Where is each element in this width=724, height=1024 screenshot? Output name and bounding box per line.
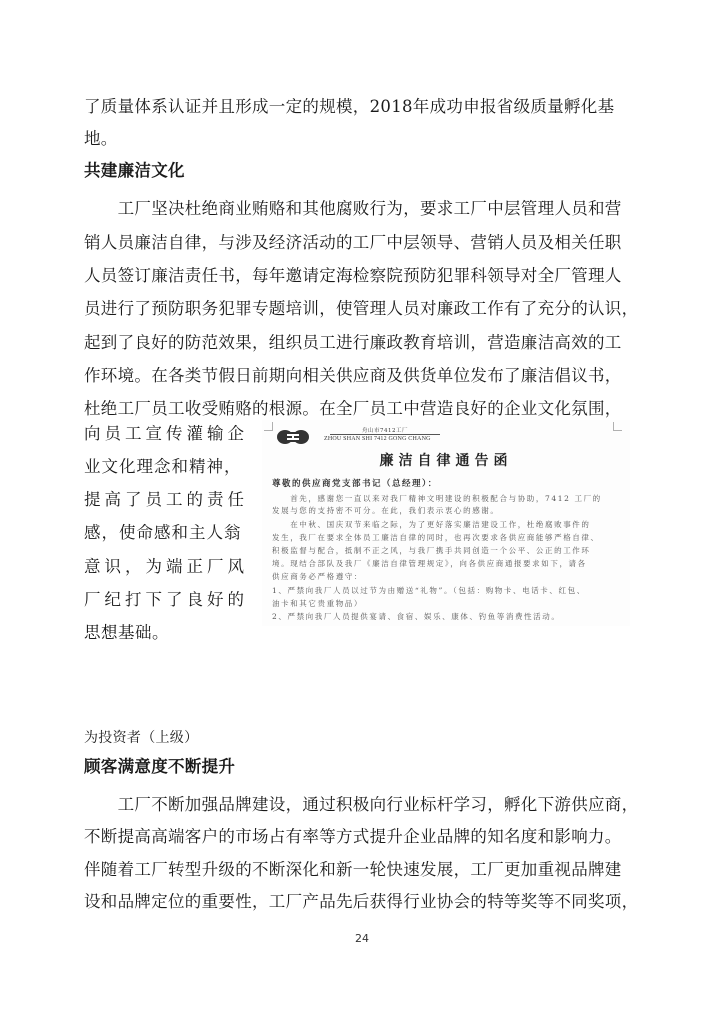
- paragraph-line: 作环境。在各类节假日前期向相关供应商及供货单位发布了廉洁倡议书，: [84, 366, 622, 386]
- letter-line: 境。现结合部队及我厂《廉洁自律管理规定》，向各供应商通报要求如下，请各: [272, 559, 587, 569]
- letter-line: 油卡和其它贵重物品）: [272, 599, 363, 609]
- section-heading-clean-culture: 共建廉洁文化: [84, 161, 185, 181]
- corner-mark: [613, 422, 622, 431]
- letter-line: 在中秋、国庆双节来临之际，为了更好落实廉洁建设工作，杜绝腐败事件的: [272, 520, 591, 530]
- section-label: 为投资者（上级）: [84, 728, 198, 748]
- letter-line: 2、严禁向我厂人员提供宴请、食宿、娱乐、康体、钓鱼等消费性活动。: [272, 612, 560, 622]
- paragraph-line: 起到了良好的防范效果，组织员工进行廉政教育培训，营造廉洁高效的工: [84, 333, 622, 353]
- paragraph-line: 销人员廉洁自律，与涉及经济活动的工厂中层领导、营销人员及相关任职: [84, 233, 622, 253]
- column-line: 厂纪打下了良好的: [84, 590, 248, 610]
- paragraph-line: 了质量体系认证并且形成一定的规模，2018年成功申报省级质量孵化基: [84, 97, 614, 117]
- company-logo-icon: [276, 428, 310, 446]
- letter-line: 供应商务必严格遵守：: [272, 572, 363, 582]
- paragraph-line: 人员签订廉洁责任书，每年邀请定海检察院预防犯罪科领导对全厂管理人: [84, 266, 622, 286]
- column-line: 思想基础。: [84, 623, 169, 643]
- section-heading-customer: 顾客满意度不断提升: [84, 757, 235, 777]
- letter-greeting: 尊敬的供应商党支部书记（总经理）：: [272, 477, 438, 489]
- paragraph-line: 设和品牌定位的重要性，工厂产品先后获得行业协会的特等奖等不同奖项，: [84, 892, 638, 912]
- column-line: 提高了员工的责任: [84, 490, 248, 510]
- paragraph-line: 不断提高高端客户的市场占有率等方式提升企业品牌的知名度和影响力。: [84, 827, 622, 847]
- company-name-cn: 舟山市7412工厂: [330, 426, 440, 435]
- letter-line: 发展与您的支持密不可分。在此，我们表示衷心的感谢。: [272, 506, 500, 516]
- column-line: 意识，为端正厂风: [84, 557, 248, 577]
- letter-line: 发生，我厂在要求全体员工廉洁自律的同时，也再次要求各供应商能够严格自律、: [272, 533, 600, 543]
- paragraph-line: 杜绝工厂员工收受贿赂的根源。在全厂员工中营造良好的企业文化氛围，: [84, 399, 622, 419]
- page-number: 24: [0, 932, 724, 945]
- paragraph-line: 伴随着工厂转型升级的不断深化和新一轮快速发展，工厂更加重视品牌建: [84, 860, 622, 880]
- letter-line: 积极监督与配合，抵制不正之风，与我厂携手共同创造一个公平、公正的工作环: [272, 546, 591, 556]
- paragraph-line: 地。: [84, 129, 118, 149]
- paragraph-line: 员进行了预防职务犯罪专题培训，使管理人员对廉政工作有了充分的认识，: [84, 299, 638, 319]
- corner-mark: [264, 422, 273, 431]
- paragraph-line: 工厂坚决杜绝商业贿赂和其他腐败行为，要求工厂中层管理人员和营: [84, 199, 622, 219]
- column-line: 业文化理念和精神，: [84, 457, 242, 477]
- document-page: 了质量体系认证并且形成一定的规模，2018年成功申报省级质量孵化基 地。 共建廉…: [0, 0, 724, 1024]
- paragraph-line: 工厂不断加强品牌建设，通过积极向行业标杆学习，孵化下游供应商，: [84, 795, 638, 815]
- column-line: 感，使命感和主人翁: [84, 523, 242, 543]
- embedded-letter-image: 舟山市7412工厂 ZHOU SHAN SHI 7412 GONG CHANG …: [262, 420, 630, 626]
- letter-line: 首先，感谢您一直以来对我厂精神文明建设的积极配合与协助，7412 工厂的: [272, 494, 602, 504]
- column-line: 向员工宣传灌输企: [84, 424, 248, 444]
- letter-line: 1、严禁向我厂人员以过节为由赠送“礼物”。（包括：购物卡、电话卡、红包、: [272, 586, 586, 596]
- letter-title: 廉洁自律通告函: [262, 450, 630, 470]
- company-name-en: ZHOU SHAN SHI 7412 GONG CHANG: [324, 436, 431, 442]
